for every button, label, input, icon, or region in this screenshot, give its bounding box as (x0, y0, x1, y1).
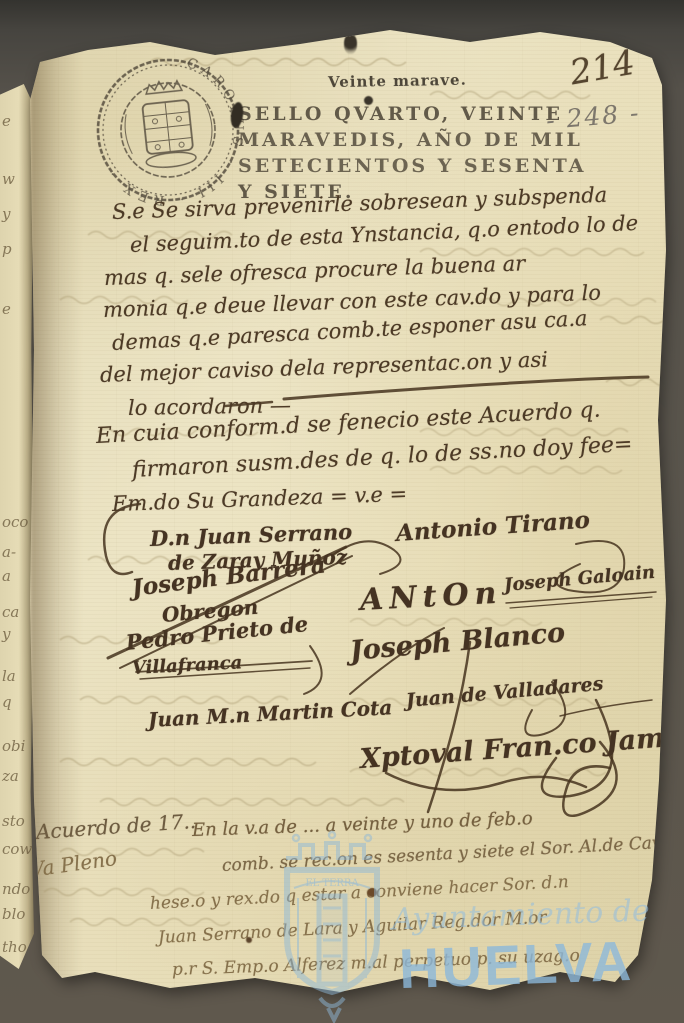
royal-seal-stamp: CAROLUS · III · REX · (78, 42, 258, 218)
scanned-manuscript-view: ewypeocoa-acaylaqobizastocowndoblotho (0, 0, 684, 1023)
ink-dot (364, 96, 373, 105)
stain-spot (367, 888, 377, 897)
stamp-line-3: SETECIENTOS Y SESENTA (238, 155, 587, 177)
ghost-squiggle (430, 92, 590, 99)
ghost-squiggle (100, 799, 404, 806)
paper-surface: CAROLUS · III · REX · Veinte marave. SEL… (0, 0, 684, 1023)
print-ornament-mark (344, 34, 357, 54)
ink-flourish (510, 597, 652, 608)
seal-arc-text: CAROLUS · III · REX · (91, 50, 254, 215)
ink-flourish (284, 377, 648, 399)
ink-flourish (428, 642, 470, 812)
ghost-squiggle (430, 467, 622, 474)
stamp-line-1: SELLO QVARTO, VEINTE (238, 103, 563, 125)
signature-anton-monogram: ANtOn (359, 576, 503, 618)
manuscript-sheet: CAROLUS · III · REX · Veinte marave. SEL… (0, 0, 684, 1023)
ink-flourish (304, 646, 322, 694)
ghost-squiggle (600, 317, 664, 324)
ghost-squiggle (60, 759, 316, 766)
svg-text:CAROLUS · III · REX ·: CAROLUS · III · REX · (91, 50, 254, 215)
ink-flourish (386, 773, 586, 790)
ghost-squiggle (606, 379, 670, 386)
stain-spot-small (246, 937, 252, 943)
stamp-overprint: Veinte marave. (328, 71, 467, 91)
stamp-line-2: MARAVEDIS, AÑO DE MIL (238, 129, 583, 151)
